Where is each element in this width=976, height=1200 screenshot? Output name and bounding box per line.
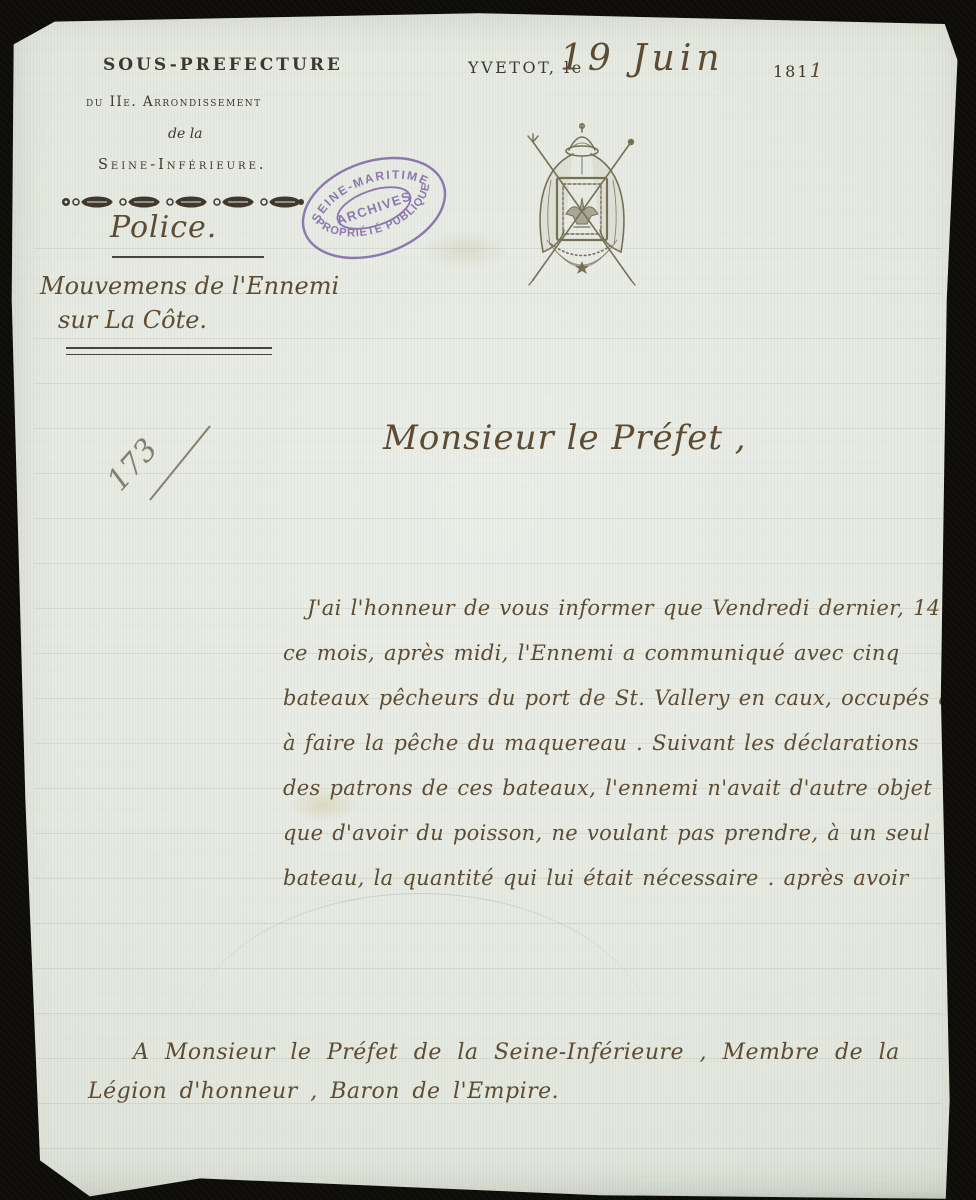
body-line: bateaux pêcheurs du port de St. Vallery … bbox=[283, 676, 951, 721]
subject-line-1: Mouvemens de l'Ennemi bbox=[40, 272, 339, 300]
svg-text:PROPRIÉTÉ PUBLIQUE: PROPRIÉTÉ PUBLIQUE bbox=[311, 178, 443, 254]
letterhead-dela: de la bbox=[168, 126, 203, 142]
body-line: à faire la pêche du maquereau . Suivant … bbox=[283, 721, 951, 766]
letterhead-department: Seine-Inférieure. bbox=[98, 157, 267, 173]
rule-under-service bbox=[112, 256, 264, 258]
body-line: bateau, la quantité qui lui était nécess… bbox=[283, 856, 951, 901]
salutation: Monsieur le Préfet , bbox=[383, 418, 747, 458]
letterhead-office: SOUS-PREFECTURE bbox=[103, 55, 343, 75]
body-line: J'ai l'honneur de vous informer que Vend… bbox=[283, 586, 951, 631]
double-rule-under-subject bbox=[66, 347, 272, 355]
body-line: ce mois, après midi, l'Ennemi a communiq… bbox=[283, 631, 951, 676]
stamp-bottom-text: PROPRIÉTÉ PUBLIQUE bbox=[311, 178, 443, 254]
chain-ornament-icon bbox=[60, 194, 305, 210]
body-line: que d'avoir du poisson, ne voulant pas p… bbox=[283, 811, 951, 856]
subject-line-2: sur La Côte. bbox=[58, 306, 207, 334]
paper-crease bbox=[185, 893, 655, 1044]
paper-sheet: SOUS-PREFECTURE du IIe. Arrondissement d… bbox=[0, 0, 976, 1200]
letter-body: J'ai l'honneur de vous informer que Vend… bbox=[283, 586, 951, 901]
year-handwritten-digit: 1 bbox=[810, 58, 825, 82]
margin-slash bbox=[150, 426, 210, 500]
margin-number-text: 173 bbox=[100, 432, 164, 498]
year-printed-digits: 181 bbox=[773, 62, 810, 81]
archive-stamp: SEINE-MARITIME PROPRIÉTÉ PUBLIQUE ARCHIV… bbox=[280, 132, 469, 284]
address-line-2: Légion d'honneur , Baron de l'Empire. bbox=[88, 1079, 559, 1104]
scanned-letter-page: SOUS-PREFECTURE du IIe. Arrondissement d… bbox=[0, 0, 976, 1200]
imperial-eagle-crest-icon bbox=[503, 120, 661, 292]
address-line-1: A Monsieur le Préfet de la Seine-Inférie… bbox=[133, 1040, 900, 1065]
dateline-handwritten-date: 19 Juin bbox=[560, 38, 725, 79]
service-label: Police. bbox=[110, 210, 217, 245]
body-line: des patrons de ces bateaux, l'ennemi n'a… bbox=[283, 766, 951, 811]
margin-number-note: 173 bbox=[88, 412, 223, 507]
dateline-year: 1811 bbox=[773, 58, 824, 82]
letterhead-arrondissement: du IIe. Arrondissement bbox=[86, 94, 262, 110]
